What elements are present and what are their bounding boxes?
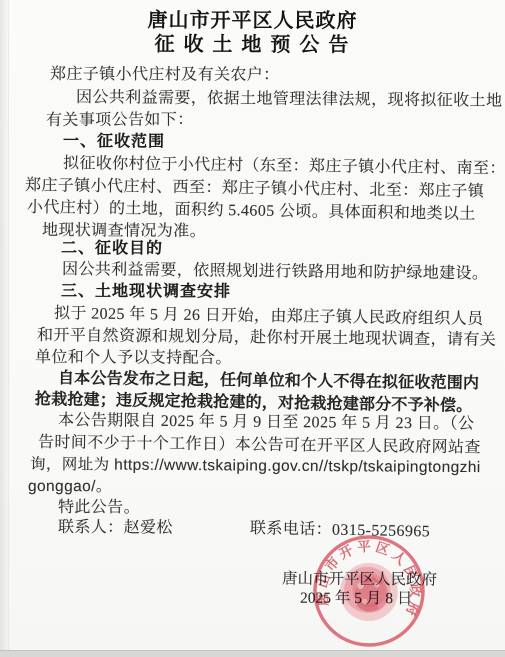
title-issuer-line: 唐山市开平区人民政府 [0, 8, 505, 34]
national-emblem [336, 559, 402, 625]
official-seal: 唐山市开平区人民政府 [296, 518, 442, 657]
title-subject-line: 征 收 土 地 预 公 告 [0, 32, 505, 58]
period-line-1: 本公告期限自 2025 年 5 月 9 日至 2025 年 5 月 23 日。（… [58, 410, 505, 436]
announcement-page: 唐山市开平区人民政府 征 收 土 地 预 公 告 郑庄子镇小代庄村及有关农户： … [0, 0, 505, 657]
salutation-line: 郑庄子镇小代庄村及有关农户： [50, 64, 502, 88]
section-2-heading: 二、征收目的 [61, 238, 505, 262]
scan-edge-bottom [0, 650, 505, 657]
section-3-heading: 三、土地现状调查安排 [61, 281, 505, 304]
intro-line-2: 有关事项公告如下： [46, 108, 498, 132]
period-line-4-url: gonggao/。 [28, 476, 480, 499]
document-title: 唐山市开平区人民政府 征 收 土 地 预 公 告 [0, 8, 505, 58]
scan-edge-left-line [8, 0, 9, 657]
section-1-heading: 一、征收范围 [63, 131, 505, 155]
